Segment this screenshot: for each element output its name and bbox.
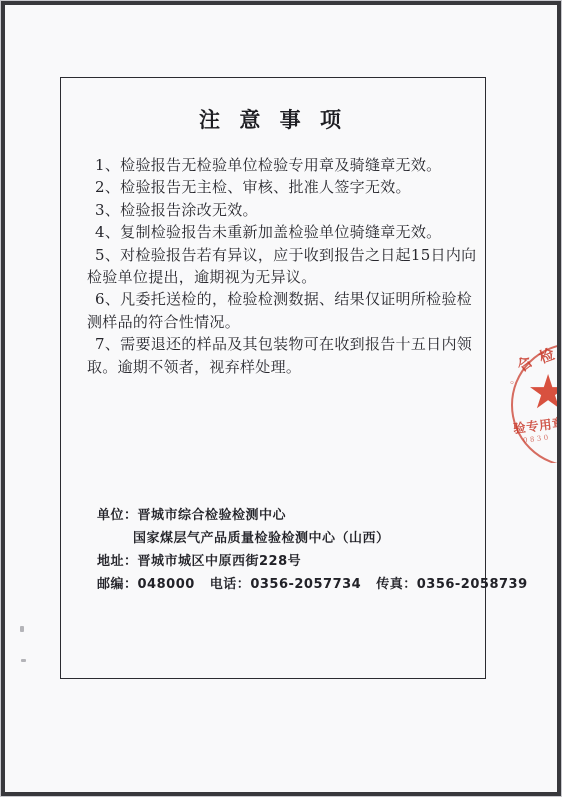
address-line: 地址：晋城市城区中原西街228号 — [97, 550, 469, 573]
notice-border-box: 注 意 事 项 1、检验报告无检验单位检验专用章及骑缝章无效。 2、检验报告无主… — [60, 77, 486, 679]
unit-name-primary: 晋城市综合检验检测中心 — [138, 508, 287, 523]
postcode-value: 048000 — [138, 577, 195, 592]
official-seal-stamp: 。 合 检 ★ 验专用章 0830 — [502, 337, 557, 463]
notice-item-6-cont: 测样品的符合性情况。 — [87, 311, 457, 333]
unit-label: 单位： — [97, 508, 138, 523]
contact-line: 邮编：048000电话：0356-2057734传真：0356-2058739 — [97, 573, 469, 596]
notice-item-4: 4、复制检验报告未重新加盖检验单位骑缝章无效。 — [87, 221, 457, 243]
phone-label: 电话： — [210, 577, 251, 592]
notice-item-7-cont: 取。逾期不领者，视弃样处理。 — [87, 356, 457, 378]
address-value: 晋城市城区中原西街228号 — [138, 554, 302, 569]
star-icon: ★ — [527, 369, 557, 416]
page-title: 注 意 事 项 — [61, 104, 485, 134]
notice-item-7: 7、需要退还的样品及其包装物可在收到报告十五日内领 — [87, 333, 457, 355]
phone-value: 0356-2057734 — [250, 577, 361, 592]
scan-speck — [21, 659, 26, 662]
notice-item-3: 3、检验报告涂改无效。 — [87, 199, 457, 221]
unit-name-secondary: 国家煤层气产品质量检验检测中心（山西） — [133, 531, 390, 546]
fax-value: 0356-2058739 — [417, 577, 528, 592]
postcode-label: 邮编： — [97, 577, 138, 592]
address-label: 地址： — [97, 554, 138, 569]
scanned-document-page: 注 意 事 项 1、检验报告无检验单位检验专用章及骑缝章无效。 2、检验报告无主… — [1, 1, 561, 796]
notice-item-2: 2、检验报告无主检、审核、批准人签字无效。 — [87, 176, 457, 198]
unit-line: 单位：晋城市综合检验检测中心 — [97, 504, 469, 527]
unit-line-2: 国家煤层气产品质量检验检测中心（山西） — [97, 527, 469, 550]
notice-list: 1、检验报告无检验单位检验专用章及骑缝章无效。 2、检验报告无主检、审核、批准人… — [87, 154, 457, 378]
fax-label: 传真： — [376, 577, 417, 592]
notice-item-5-cont: 检验单位提出，逾期视为无异议。 — [87, 266, 457, 288]
notice-item-5: 5、对检验报告若有异议，应于收到报告之日起15日内向 — [87, 244, 457, 266]
notice-item-6: 6、凡委托送检的，检验检测数据、结果仅证明所检验检 — [87, 288, 457, 310]
scan-speck — [20, 626, 24, 632]
organization-info-block: 单位：晋城市综合检验检测中心 国家煤层气产品质量检验检测中心（山西） 地址：晋城… — [97, 504, 469, 596]
notice-item-1: 1、检验报告无检验单位检验专用章及骑缝章无效。 — [87, 154, 457, 176]
